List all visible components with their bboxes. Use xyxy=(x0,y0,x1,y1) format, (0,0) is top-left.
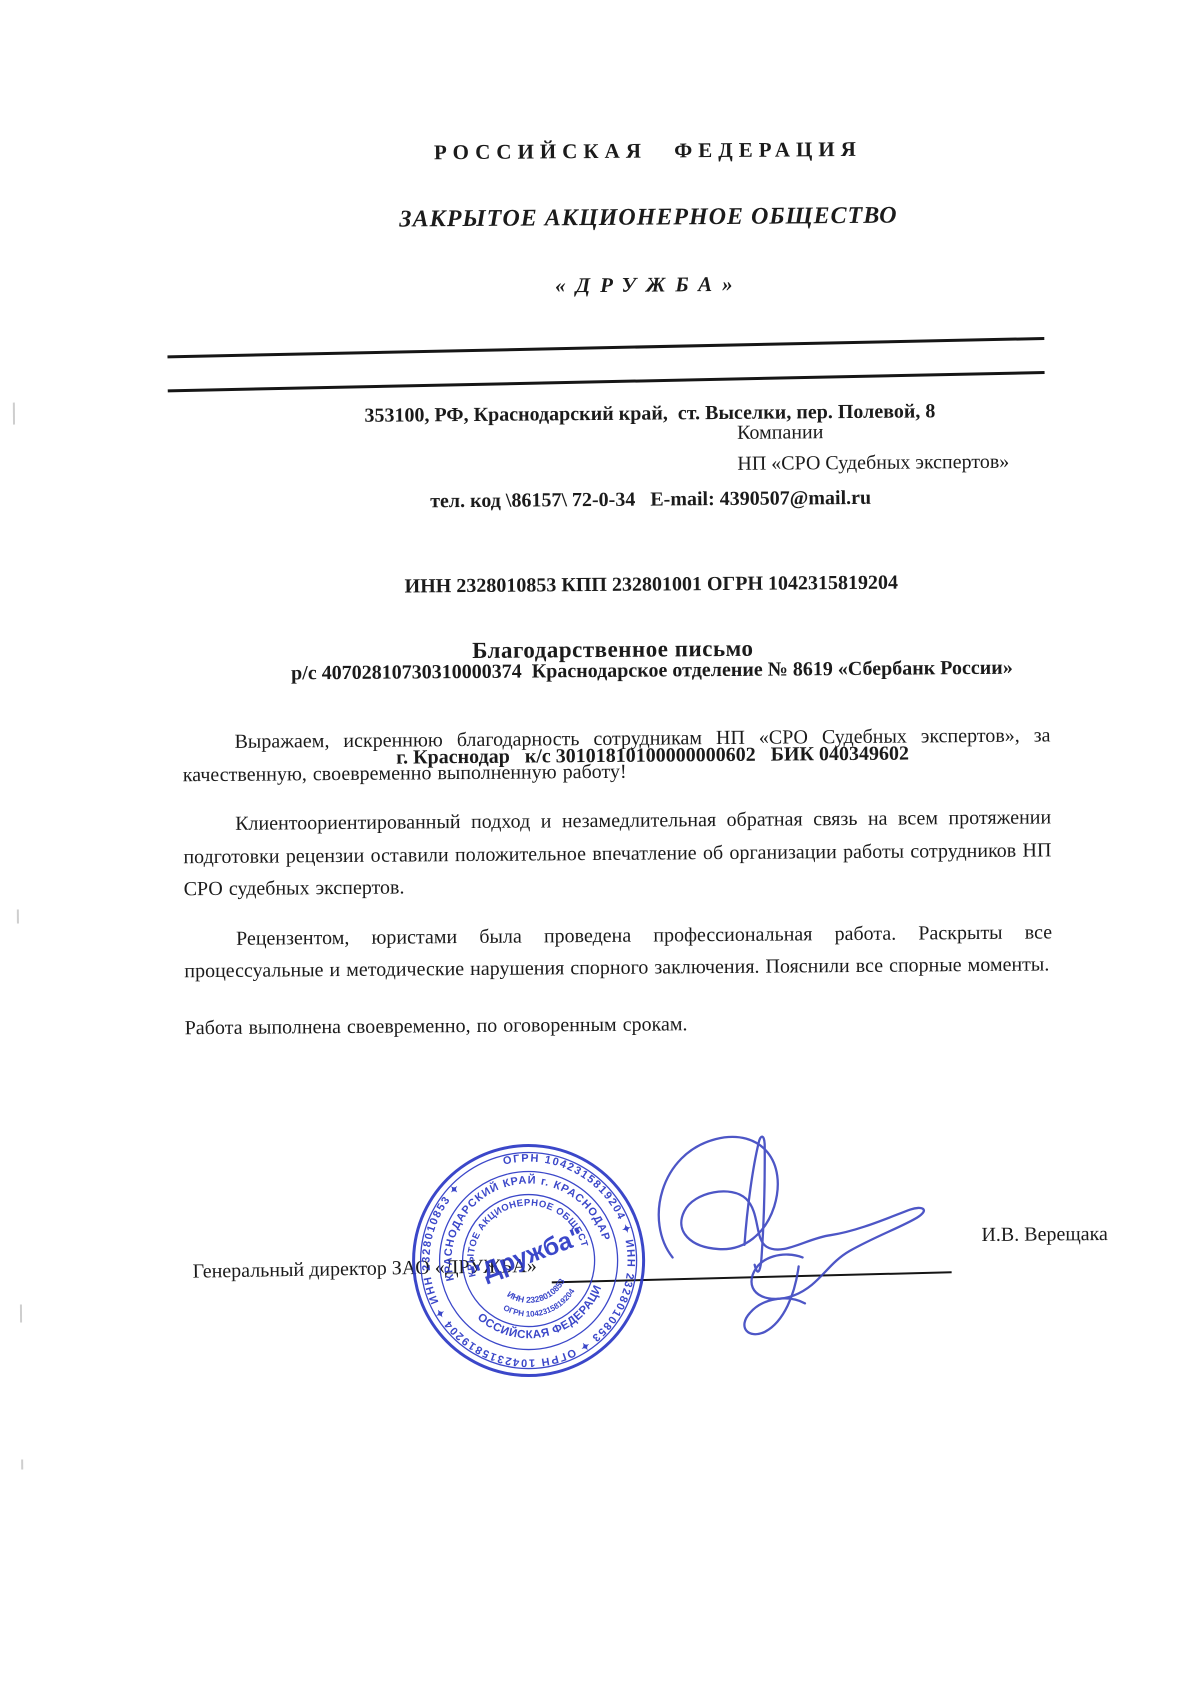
paragraph-client-service: Клиентоориентированный подход и незамедл… xyxy=(183,801,1052,905)
letterhead-phone-email: тел. код \86157\ 72-0-34 E-mail: 4390507… xyxy=(111,481,1190,518)
letterhead-org-name: «ДРУЖБА» xyxy=(109,268,1189,301)
letterhead-address: 353100, РФ, Краснодарский край, ст. Высе… xyxy=(110,395,1190,432)
letterhead-org-type: ЗАКРЫТОЕ АКЦИОНЕРНОЕ ОБЩЕСТВО xyxy=(108,200,1188,235)
paragraph-gratitude: Выражаем, искреннюю благодарность сотруд… xyxy=(182,719,1050,791)
scan-tilt-layer: РОССИЙСКАЯ ФЕДЕРАЦИЯ ЗАКРЫТОЕ АКЦИОНЕРНО… xyxy=(0,0,1190,1683)
signatory-name: И.В. Верещака xyxy=(981,1223,1108,1247)
recipient-line1: Компании xyxy=(737,416,1009,449)
stamp-center-name: "Дружба" xyxy=(467,1222,587,1289)
signature-ink-icon xyxy=(585,1097,967,1345)
paragraph-review-quality: Рецензентом, юристами была проведена про… xyxy=(184,916,1052,988)
scanned-letter-page: РОССИЙСКАЯ ФЕДЕРАЦИЯ ЗАКРЫТОЕ АКЦИОНЕРНО… xyxy=(0,0,1190,1683)
scan-artifact xyxy=(20,1305,22,1323)
recipient-block: Компании НП «СРО Судебных экспертов» xyxy=(737,416,1009,480)
paragraph-deadline: Работа выполнена своевременно, по оговор… xyxy=(185,1005,1053,1044)
letter-body: Выражаем, искреннюю благодарность сотруд… xyxy=(182,719,1053,1061)
handwritten-signature xyxy=(585,1097,967,1345)
letterhead-country: РОССИЙСКАЯ ФЕДЕРАЦИЯ xyxy=(108,134,1188,167)
scan-artifact xyxy=(21,1460,23,1470)
recipient-line2: НП «СРО Судебных экспертов» xyxy=(737,447,1009,480)
scan-artifact xyxy=(13,403,15,425)
letterhead-registration: ИНН 2328010853 КПП 232801001 ОГРН 104231… xyxy=(111,566,1190,603)
scan-artifact xyxy=(17,910,19,924)
